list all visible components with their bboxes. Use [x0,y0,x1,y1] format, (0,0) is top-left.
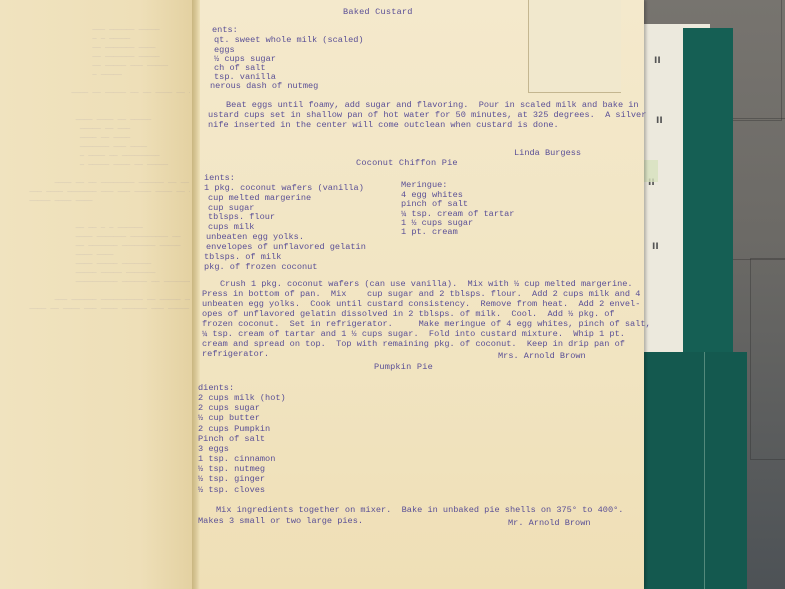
sheet-mark: II [654,56,661,66]
direction-line: Makes 3 small or two large pies. [198,516,363,527]
floor-tile [750,258,785,460]
ingredient: nerous dash of nutmeg [210,81,318,92]
recipe-title-baked-custard: Baked Custard [343,7,413,18]
recipe-author: Mr. Arnold Brown [508,518,591,529]
binder-pocket [632,352,747,589]
bleed-through-text: ─── ────── ───── ─ ─ ───── ── ─────── ──… [0,0,190,589]
ingredient: ½ tsp. cloves [198,485,265,496]
left-page: ─── ────── ───── ─ ─ ───── ── ─────── ──… [0,0,200,589]
direction-line: refrigerator. [202,349,269,360]
recipe-author: Linda Burgess [514,148,581,159]
ingredient: pkg. of frozen coconut [204,262,317,273]
ingredient: qt. sweet whole milk (scaled) [214,35,364,46]
sheet-mark: II [656,116,663,126]
meringue-ingredient: 1 pt. cream [401,227,458,238]
ingredient: ½ tsp. ginger [198,474,265,485]
pocket-seam [704,352,705,589]
recipe-title-pumpkin-pie: Pumpkin Pie [374,362,433,373]
direction-line: nife inserted in the center will come ou… [208,120,559,131]
recipe-title-coconut-chiffon-pie: Coconut Chiffon Pie [356,158,458,169]
direction-line: Mix ingredients together on mixer. Bake … [216,505,623,516]
sheet-mark: II [652,242,659,252]
recipe-author: Mrs. Arnold Brown [498,351,586,362]
ingredient: ½ cup butter [198,413,260,424]
recipe-document: Baked Custard ents: qt. sweet whole milk… [196,0,626,589]
